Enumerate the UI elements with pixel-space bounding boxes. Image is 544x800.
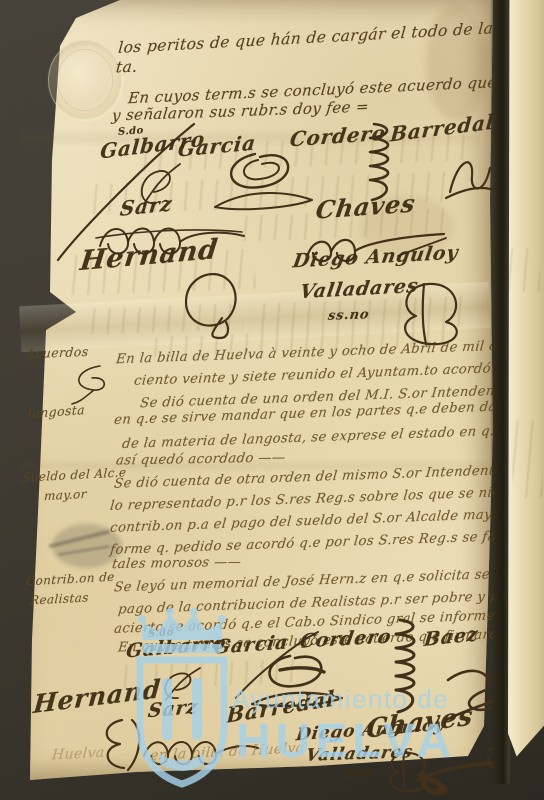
rubric-cordero-bottom [376, 614, 424, 719]
margin-note-acuerdos: Acuerdos [25, 344, 89, 361]
next-page-faint-writing [511, 420, 544, 499]
book-gutter-shadow [490, 0, 510, 784]
rubric-hernand [176, 266, 251, 341]
ghost-text-huelva-left: Huelva [51, 745, 105, 764]
entry2-line4: así quedó acordado —— [115, 451, 286, 469]
signature-sarz-bottom: Sarz [147, 696, 200, 723]
opening-line-2: ta. [115, 58, 138, 77]
margin-flourish [64, 360, 110, 406]
rubric-barreda [438, 148, 496, 200]
entry3-line5: tales morosos —— [111, 555, 242, 572]
embossed-seal [48, 40, 122, 120]
manuscript-photo: los peritos de que hán de cargár el todo… [0, 0, 544, 800]
rubric-angulo [388, 278, 468, 350]
margin-note-sueldo-line2: may.or [44, 487, 88, 503]
next-page-faint-writing [505, 247, 541, 292]
signature-angulo-line3: ss.no [327, 307, 370, 324]
signature-angulo-bottom-line3: ss.o [343, 765, 374, 780]
next-page-edge [508, 0, 544, 772]
rubric-garcia [200, 142, 320, 218]
